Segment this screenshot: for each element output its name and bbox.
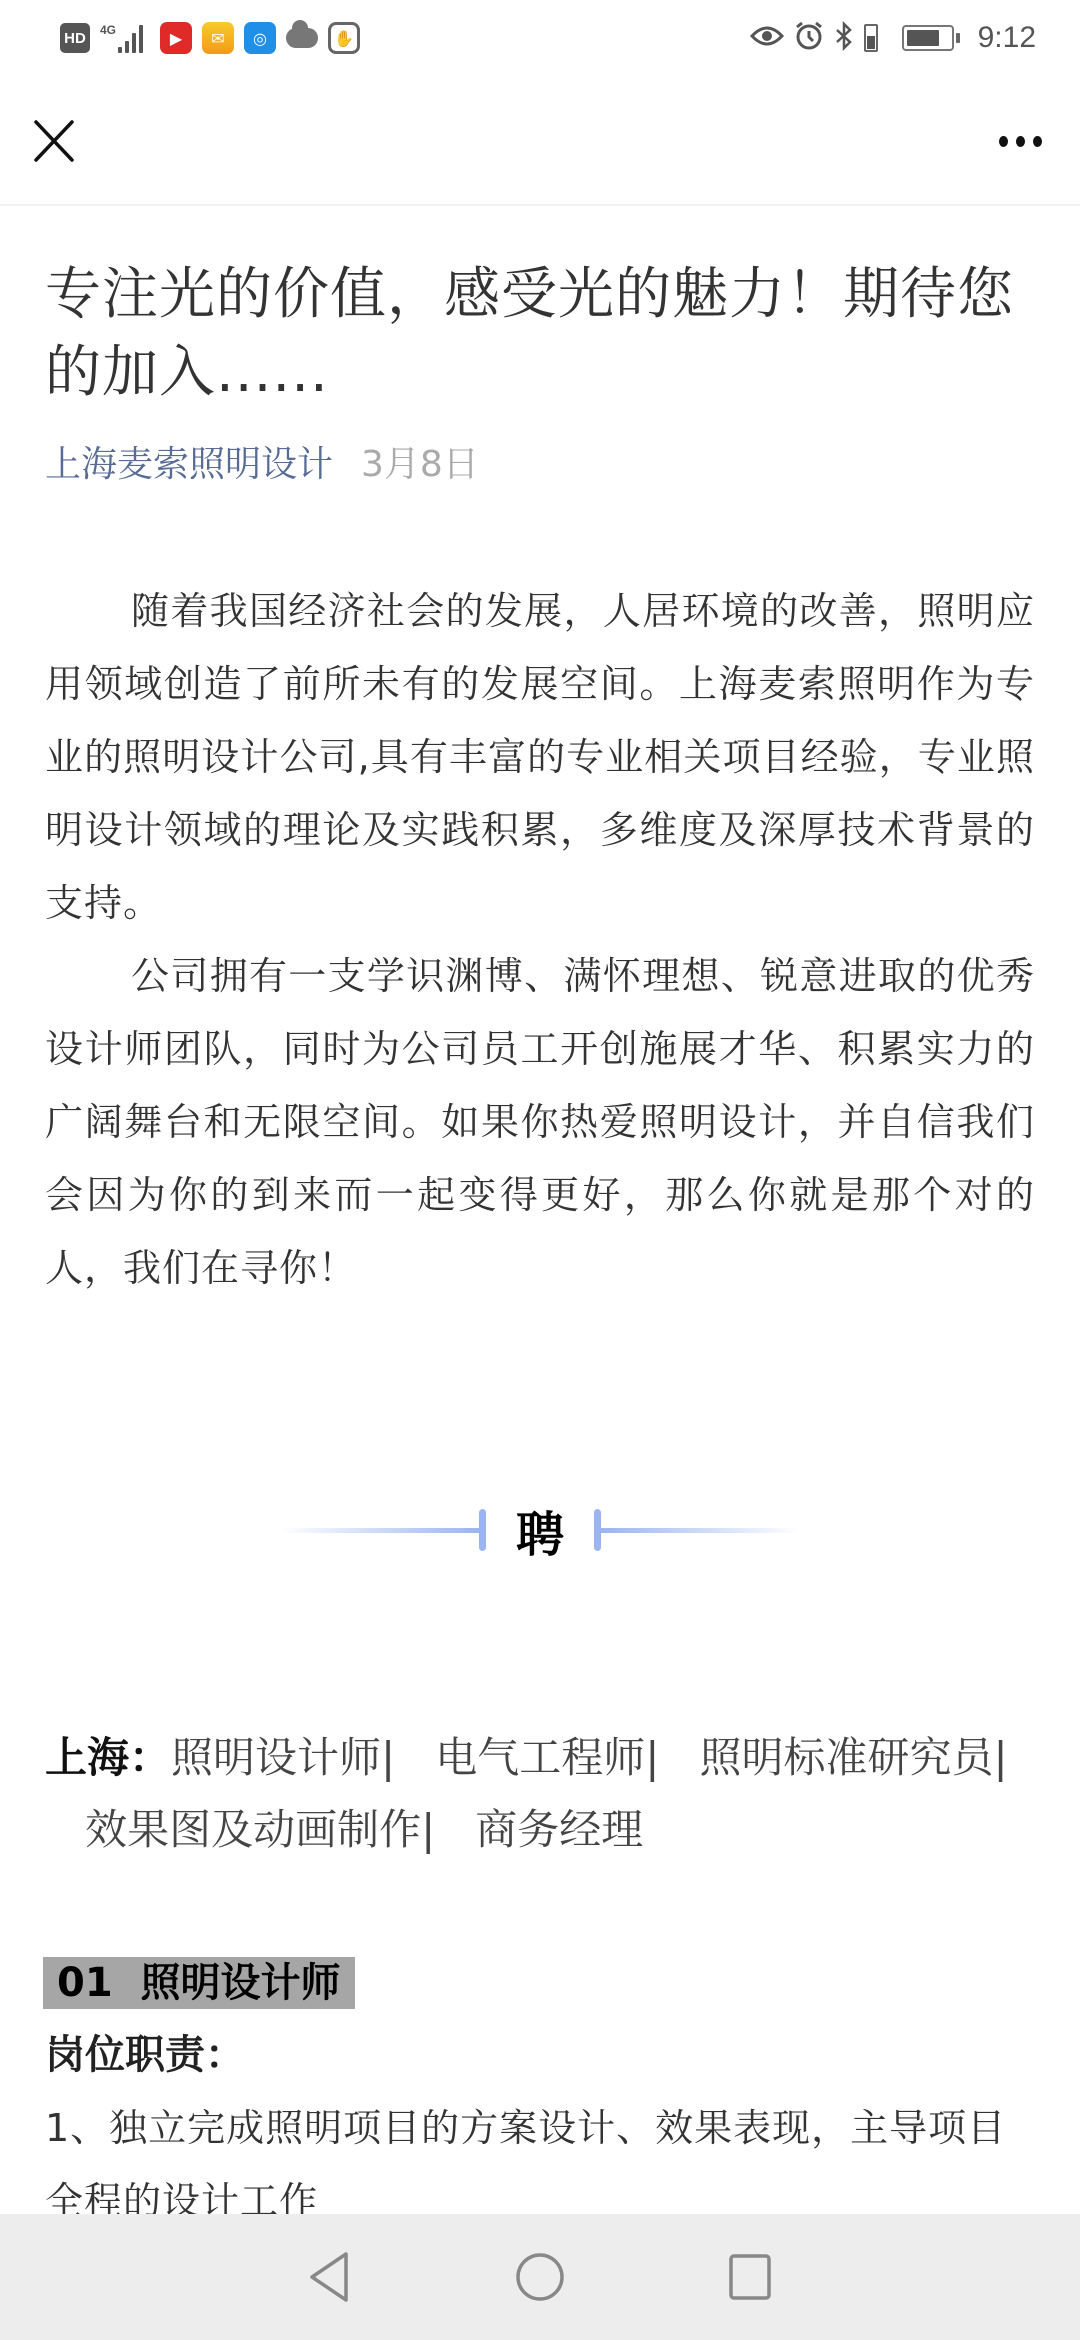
article: 专注光的价值，感受光的魅力！期待您的加入...... 上海麦索照明设计 3月8日…: [45, 206, 1035, 1305]
clock: 9:12: [978, 21, 1036, 55]
home-button[interactable]: [510, 2247, 570, 2307]
publish-date: 3月8日: [361, 436, 479, 487]
duty-title: 岗位职责：: [45, 2020, 245, 2090]
browser-app-icon: ◎: [244, 22, 276, 54]
hd-icon: HD: [60, 23, 90, 53]
article-body: 随着我国经济社会的发展，人居环境的改善，照明应用领域创造了前所未有的发展空间。上…: [45, 575, 1035, 1305]
android-nav-bar: [0, 2214, 1080, 2340]
recents-icon: [728, 2253, 772, 2301]
top-nav-bar: [0, 76, 1080, 206]
hand-block-icon: ✋: [328, 22, 360, 54]
separator: |: [645, 1733, 659, 1782]
city-label: 上海：: [45, 1733, 171, 1782]
status-bar: HD 4G ▶ ✉ ◎ ✋ 9:12: [0, 0, 1080, 76]
close-button[interactable]: [30, 116, 80, 166]
section-tag: 01 照明设计师: [43, 1957, 355, 2009]
more-icon-dot: [1016, 136, 1025, 147]
article-meta: 上海麦索照明设计 3月8日: [45, 436, 1035, 487]
hiring-heading: 聘: [516, 1496, 564, 1565]
divider-line-left: [279, 1528, 479, 1533]
position-item: 电气工程师: [435, 1733, 645, 1782]
divider-line-right: [601, 1528, 801, 1533]
position-item: 照明设计师: [171, 1733, 381, 1782]
cloud-icon: [286, 28, 318, 48]
separator: |: [421, 1805, 435, 1854]
device-battery-icon: [864, 24, 878, 52]
mail-app-icon: ✉: [202, 22, 234, 54]
position-item: 商务经理: [475, 1805, 643, 1854]
separator: |: [994, 1733, 1008, 1782]
author-link[interactable]: 上海麦索照明设计: [45, 436, 333, 487]
video-app-icon: ▶: [160, 22, 192, 54]
more-icon-dot: [1033, 136, 1042, 147]
paragraph: 公司拥有一支学识渊博、满怀理想、锐意进取的优秀设计师团队，同时为公司员工开创施展…: [45, 940, 1035, 1305]
eye-icon: [750, 24, 784, 53]
position-item: 照明标准研究员: [699, 1733, 993, 1782]
back-icon: [308, 2251, 352, 2303]
battery-icon: [902, 25, 954, 51]
4g-signal-icon: 4G: [100, 23, 150, 53]
divider-tick-right: [594, 1509, 601, 1551]
status-right: 9:12: [750, 21, 1036, 56]
alarm-icon: [794, 21, 824, 56]
home-icon: [514, 2251, 566, 2303]
position-item: 效果图及动画制作: [85, 1805, 421, 1854]
article-title: 专注光的价值，感受光的魅力！期待您的加入......: [45, 256, 1035, 412]
status-left: HD 4G ▶ ✉ ◎ ✋: [60, 22, 360, 54]
separator: |: [381, 1733, 395, 1782]
back-button[interactable]: [300, 2247, 360, 2307]
recents-button[interactable]: [720, 2247, 780, 2307]
divider-tick-left: [479, 1509, 486, 1551]
network-label: 4G: [100, 23, 116, 37]
hiring-divider: 聘: [0, 1480, 1080, 1580]
paragraph: 随着我国经济社会的发展，人居环境的改善，照明应用领域创造了前所未有的发展空间。上…: [45, 575, 1035, 940]
more-icon: [999, 136, 1008, 147]
more-options-button[interactable]: [990, 121, 1050, 161]
positions-list: 上海：照明设计师| 电气工程师| 照明标准研究员| 效果图及动画制作| 商务经理: [45, 1722, 1035, 1866]
close-icon: [30, 116, 80, 166]
bluetooth-icon: [834, 21, 854, 56]
